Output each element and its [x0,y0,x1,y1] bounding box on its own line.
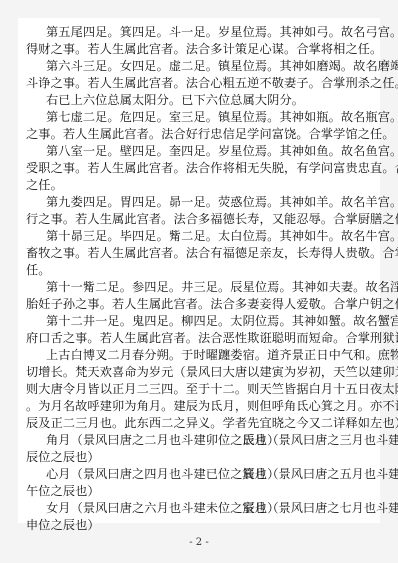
paragraph-line: 第十昴三足。毕四足。觜二足。太白位焉。其神如牛。故名牛宫。主四足 [46,228,398,244]
paragraph-line: 辰及正二三月也。此东西二之异义。学者先宜晓之今又二详释如左也）。 [26,415,398,431]
paragraph-line: 。为月名故呼建卯为角月。建辰为氐月，则但呼角氐心箕之月。亦不论建卯建 [26,398,398,414]
paragraph-line: 切增长。梵天欢喜命为岁元（景风曰大唐以建寅为岁初，天竺以建卯为岁首。然 [26,364,398,380]
month-entry-continuation: 辰位之辰也） [26,449,100,465]
paragraph-line: 行之事。若人生属此宫者。法合多福德长寿，又能忍辱。合掌厨膳之任。 [26,211,398,227]
paragraph-line: 斗诤之事。若人生属此宫者。法合心粗五逆不敬妻子。合掌刑杀之任。 [26,75,398,91]
paragraph-line: 第六斗三足。女四足。虚二足。镇星位焉。其神如磨竭。故名磨竭宫。主 [46,58,398,74]
paragraph-line: 第五尾四足。箕四足。斗一足。岁星位焉。其神如弓。故名弓宫。主喜庆 [46,24,398,40]
paragraph-line: 右已上六位总属太阳分。已下六位总属大阴分。 [46,92,304,108]
month-entry-continuation: 午位之辰也） [26,483,100,499]
paragraph-line: 第十一觜二足。参四足。井三足。辰星位焉。其神如夫妻。故名淫宫。主 [46,279,398,295]
page-number: - 2 - [0,537,398,548]
paragraph-line: 之事。若人生属此宫者。法合好行忠信足学问富饶。合掌学馆之任。 [26,126,395,142]
month-entry-right: 箕月（景风曰唐之五月也斗建 [242,466,398,482]
paragraph-line: 府口舌之事。若人生属此宫者。法合恶性欺诳聪明而短命。合掌刑狱讼之任。 [26,330,398,346]
paragraph-line: 第七虚二足。危四足。室三足。镇星位焉。其神如瓶。故名瓶宫。主胜强 [46,109,398,125]
paragraph-line: 畜牧之事。若人生属此宫者。法合有福德足亲友，长寿得人贵敬。合掌马厩之 [26,245,398,261]
paragraph-line: 胎妊子孙之事。若人生属此宫者。法合多妻妾得人爱敬。合掌户钥之任。 [26,296,398,312]
month-entry-right: 氐月（景风曰唐之三月也斗建 [242,432,398,448]
month-entry-continuation: 申位之辰也） [26,517,100,533]
paragraph-line: 受职之事。若人生属此宫者。法合作将相无失脱，有学问富贵忠直。合掌吏相 [26,160,398,176]
paragraph-line: 得财之事。若人生属此宫者。法合多计策足心谋。合掌将相之任。 [26,41,382,57]
paragraph-line: 第九娄四足。胃四足。昴一足。荧惑位焉。其神如羊。故名羊宫。主有景 [46,194,398,210]
paragraph-line: 上古白博叉二月春分朔。于时曜躔娄宿。道齐景正日中气和。庶物渐荣一 [46,347,398,363]
paragraph-line: 第十二井一足。鬼四足。柳四足。太阴位焉。其神如蟹。故名蟹宫。主官 [46,313,398,329]
paragraph-line: 第八室一足。壁四足。奎四足。岁星位焉。其神如鱼。故名鱼宫。主加官 [46,143,398,159]
month-entry-right: 室月（景风曰唐之七月也斗建 [242,500,398,516]
paragraph-line: 则大唐令月皆以正月二三四。至于十二。则天竺皆据白月十五日夜太阴所在宿 [26,381,398,397]
paragraph-line: 任。 [26,262,51,278]
paragraph-line: 之任。 [26,177,63,193]
